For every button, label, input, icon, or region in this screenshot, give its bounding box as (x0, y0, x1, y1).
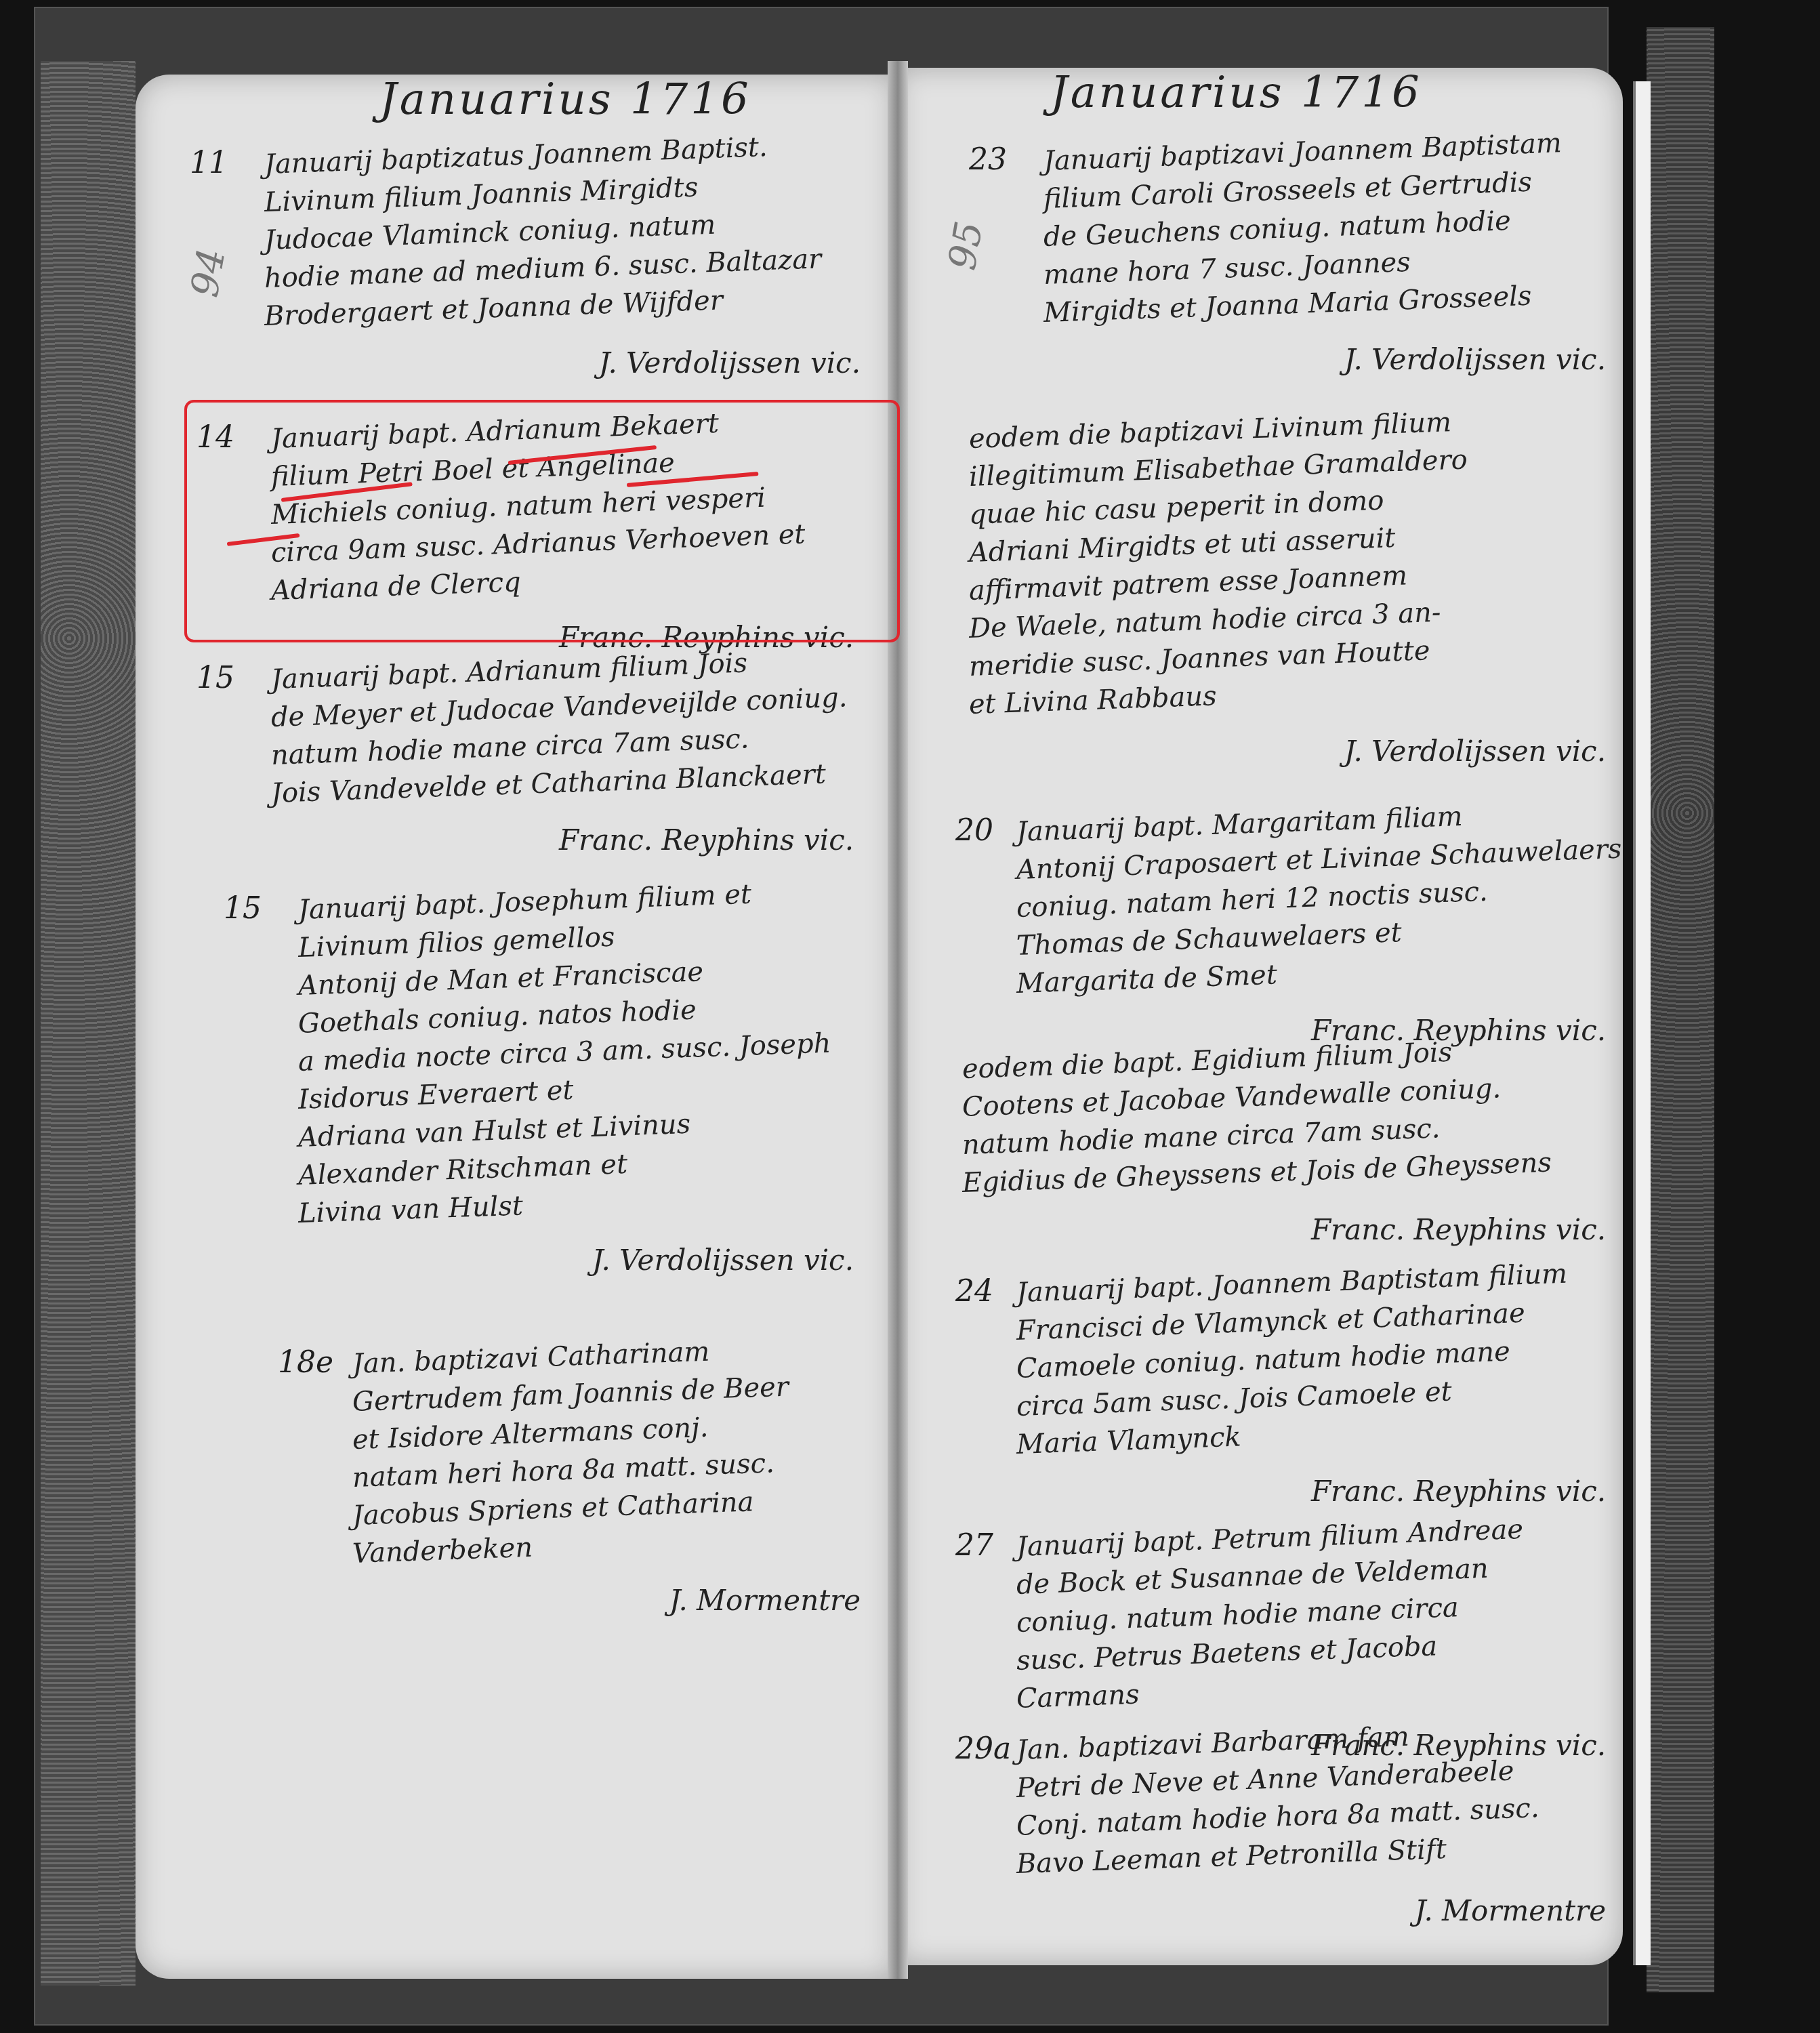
entry-date: 15 (197, 661, 234, 695)
priest-signature: J. Mormentre (1016, 1894, 1619, 1927)
priest-signature: Franc. Reyphins vic. (271, 823, 867, 857)
entry-date: 20 (955, 813, 993, 848)
entry-date: 27 (955, 1528, 993, 1563)
left-margin-number: 94 (182, 245, 234, 300)
entry-date: 15 (224, 891, 262, 926)
priest-signature: J. Verdolijssen vic. (969, 735, 1619, 768)
register-entry: 11 Januarij baptizatus Joannem Baptist. … (264, 146, 874, 379)
register-entry: 24 Januarij bapt. Joannem Baptistam fili… (1016, 1274, 1619, 1508)
left-page-header: Januarius 1716 (379, 75, 751, 125)
register-entry: 15 Januarij bapt. Josephum filium et Liv… (298, 891, 867, 1277)
entry-date: 18e (278, 1345, 333, 1380)
register-entry: eodem die baptizavi Livinum filium illeg… (969, 420, 1619, 768)
priest-signature: Franc. Reyphins vic. (962, 1213, 1619, 1246)
marbled-cover-right (1647, 27, 1714, 1992)
book-gutter (888, 61, 908, 1979)
register-entry: 20 Januarij bapt. Margaritam filiam Anto… (1016, 813, 1619, 1047)
register-entry: 15 Januarij bapt. Adrianum filium Jois d… (271, 661, 867, 857)
page-edge (1633, 81, 1651, 1965)
register-entry: 23 Januarij baptizavi Joannem Baptistam … (1043, 142, 1619, 376)
register-entry: 29a Jan. baptizavi Barbaram fam Petri de… (1016, 1731, 1619, 1927)
marbled-cover-left (41, 61, 136, 1986)
register-entry: eodem die bapt. Egidium filium Jois Coot… (962, 1050, 1619, 1246)
priest-signature: J. Verdolijssen vic. (298, 1244, 867, 1277)
entry-date: 24 (955, 1274, 993, 1309)
priest-signature: J. Verdolijssen vic. (1043, 343, 1619, 376)
right-page-header: Januarius 1716 (1050, 68, 1422, 118)
priest-signature: J. Mormentre (352, 1584, 874, 1617)
entry-date: 11 (190, 146, 228, 180)
entry-date: 23 (969, 142, 1007, 177)
red-highlight-box (184, 400, 900, 642)
entry-date: 29a (955, 1731, 1011, 1766)
right-margin-number: 95 (940, 218, 991, 273)
priest-signature: Franc. Reyphins vic. (1016, 1475, 1619, 1508)
priest-signature: J. Verdolijssen vic. (264, 346, 874, 379)
register-entry: 18e Jan. baptizavi Catharinam Gertrudem … (352, 1345, 874, 1617)
